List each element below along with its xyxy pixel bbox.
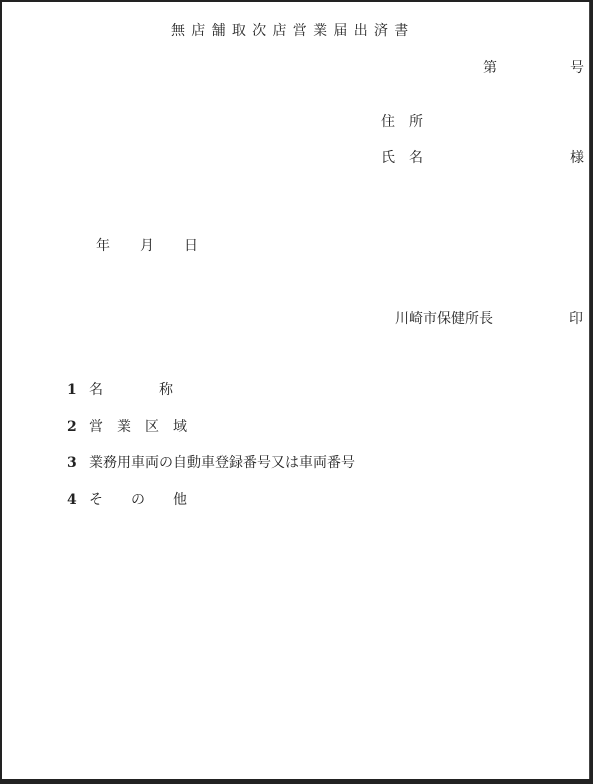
- seal-mark: 印: [569, 311, 583, 327]
- document-title: 無店舗取次店営業届出済書: [171, 23, 415, 39]
- item-label: 名 称: [89, 382, 173, 398]
- number-suffix: 号: [570, 60, 584, 76]
- item-number: 4: [67, 492, 77, 508]
- document-page: 無店舗取次店営業届出済書 第 号 住 所 氏 名 様 年 月 日 川崎市保健所長…: [2, 2, 590, 779]
- item-label: そ の 他: [89, 492, 187, 508]
- date-month: 月: [140, 238, 154, 254]
- number-prefix: 第: [483, 60, 497, 76]
- address-label: 住 所: [381, 114, 423, 130]
- date-year: 年: [96, 238, 110, 254]
- item-number: 1: [67, 382, 77, 398]
- item-number: 2: [67, 419, 77, 435]
- honorific: 様: [570, 150, 584, 166]
- item-label: 業務用車両の自動車登録番号又は車両番号: [89, 455, 355, 471]
- name-label: 氏 名: [381, 150, 423, 166]
- date-day: 日: [184, 238, 198, 254]
- item-number: 3: [67, 455, 77, 471]
- item-label: 営 業 区 域: [89, 419, 187, 435]
- issuer: 川崎市保健所長: [395, 311, 493, 327]
